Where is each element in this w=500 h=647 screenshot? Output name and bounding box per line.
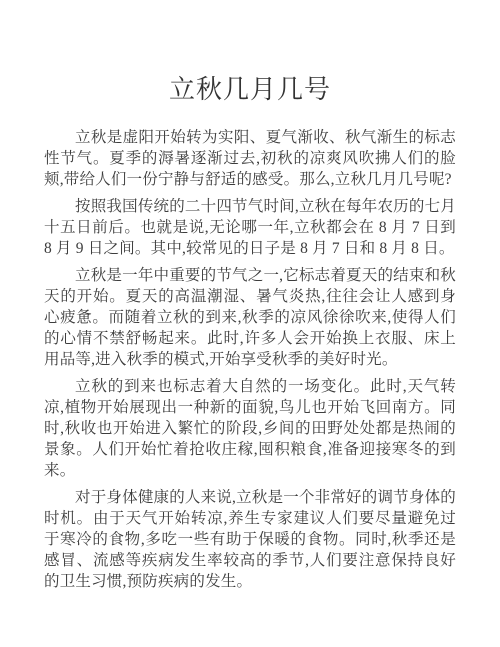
article-paragraph-intro: 立秋是虚阳开始转为实阳、夏气渐收、秋气渐生的标志性节气。夏季的溽暑逐渐过去,初秋… xyxy=(44,127,456,190)
article-paragraph-health: 对于身体健康的人来说,立秋是一个非常好的调节身体的时机。由于天气开始转凉,养生专… xyxy=(44,487,456,592)
article-title: 立秋几月几号 xyxy=(44,74,456,105)
article-page: 立秋几月几号 立秋是虚阳开始转为实阳、夏气渐收、秋气渐生的标志性节气。夏季的溽暑… xyxy=(0,0,500,647)
article-paragraph-dates: 按照我国传统的二十四节气时间,立秋在每年农历的七月十五日前后。也就是说,无论哪一… xyxy=(44,196,456,259)
article-paragraph-season-change: 立秋是一年中重要的节气之一,它标志着夏天的结束和秋天的开始。夏天的高温潮湿、暑气… xyxy=(44,265,456,370)
article-paragraph-nature: 立秋的到来也标志着大自然的一场变化。此时,天气转凉,植物开始展现出一种新的面貌,… xyxy=(44,376,456,481)
article-body: 立秋是虚阳开始转为实阳、夏气渐收、秋气渐生的标志性节气。夏季的溽暑逐渐过去,初秋… xyxy=(44,127,456,592)
